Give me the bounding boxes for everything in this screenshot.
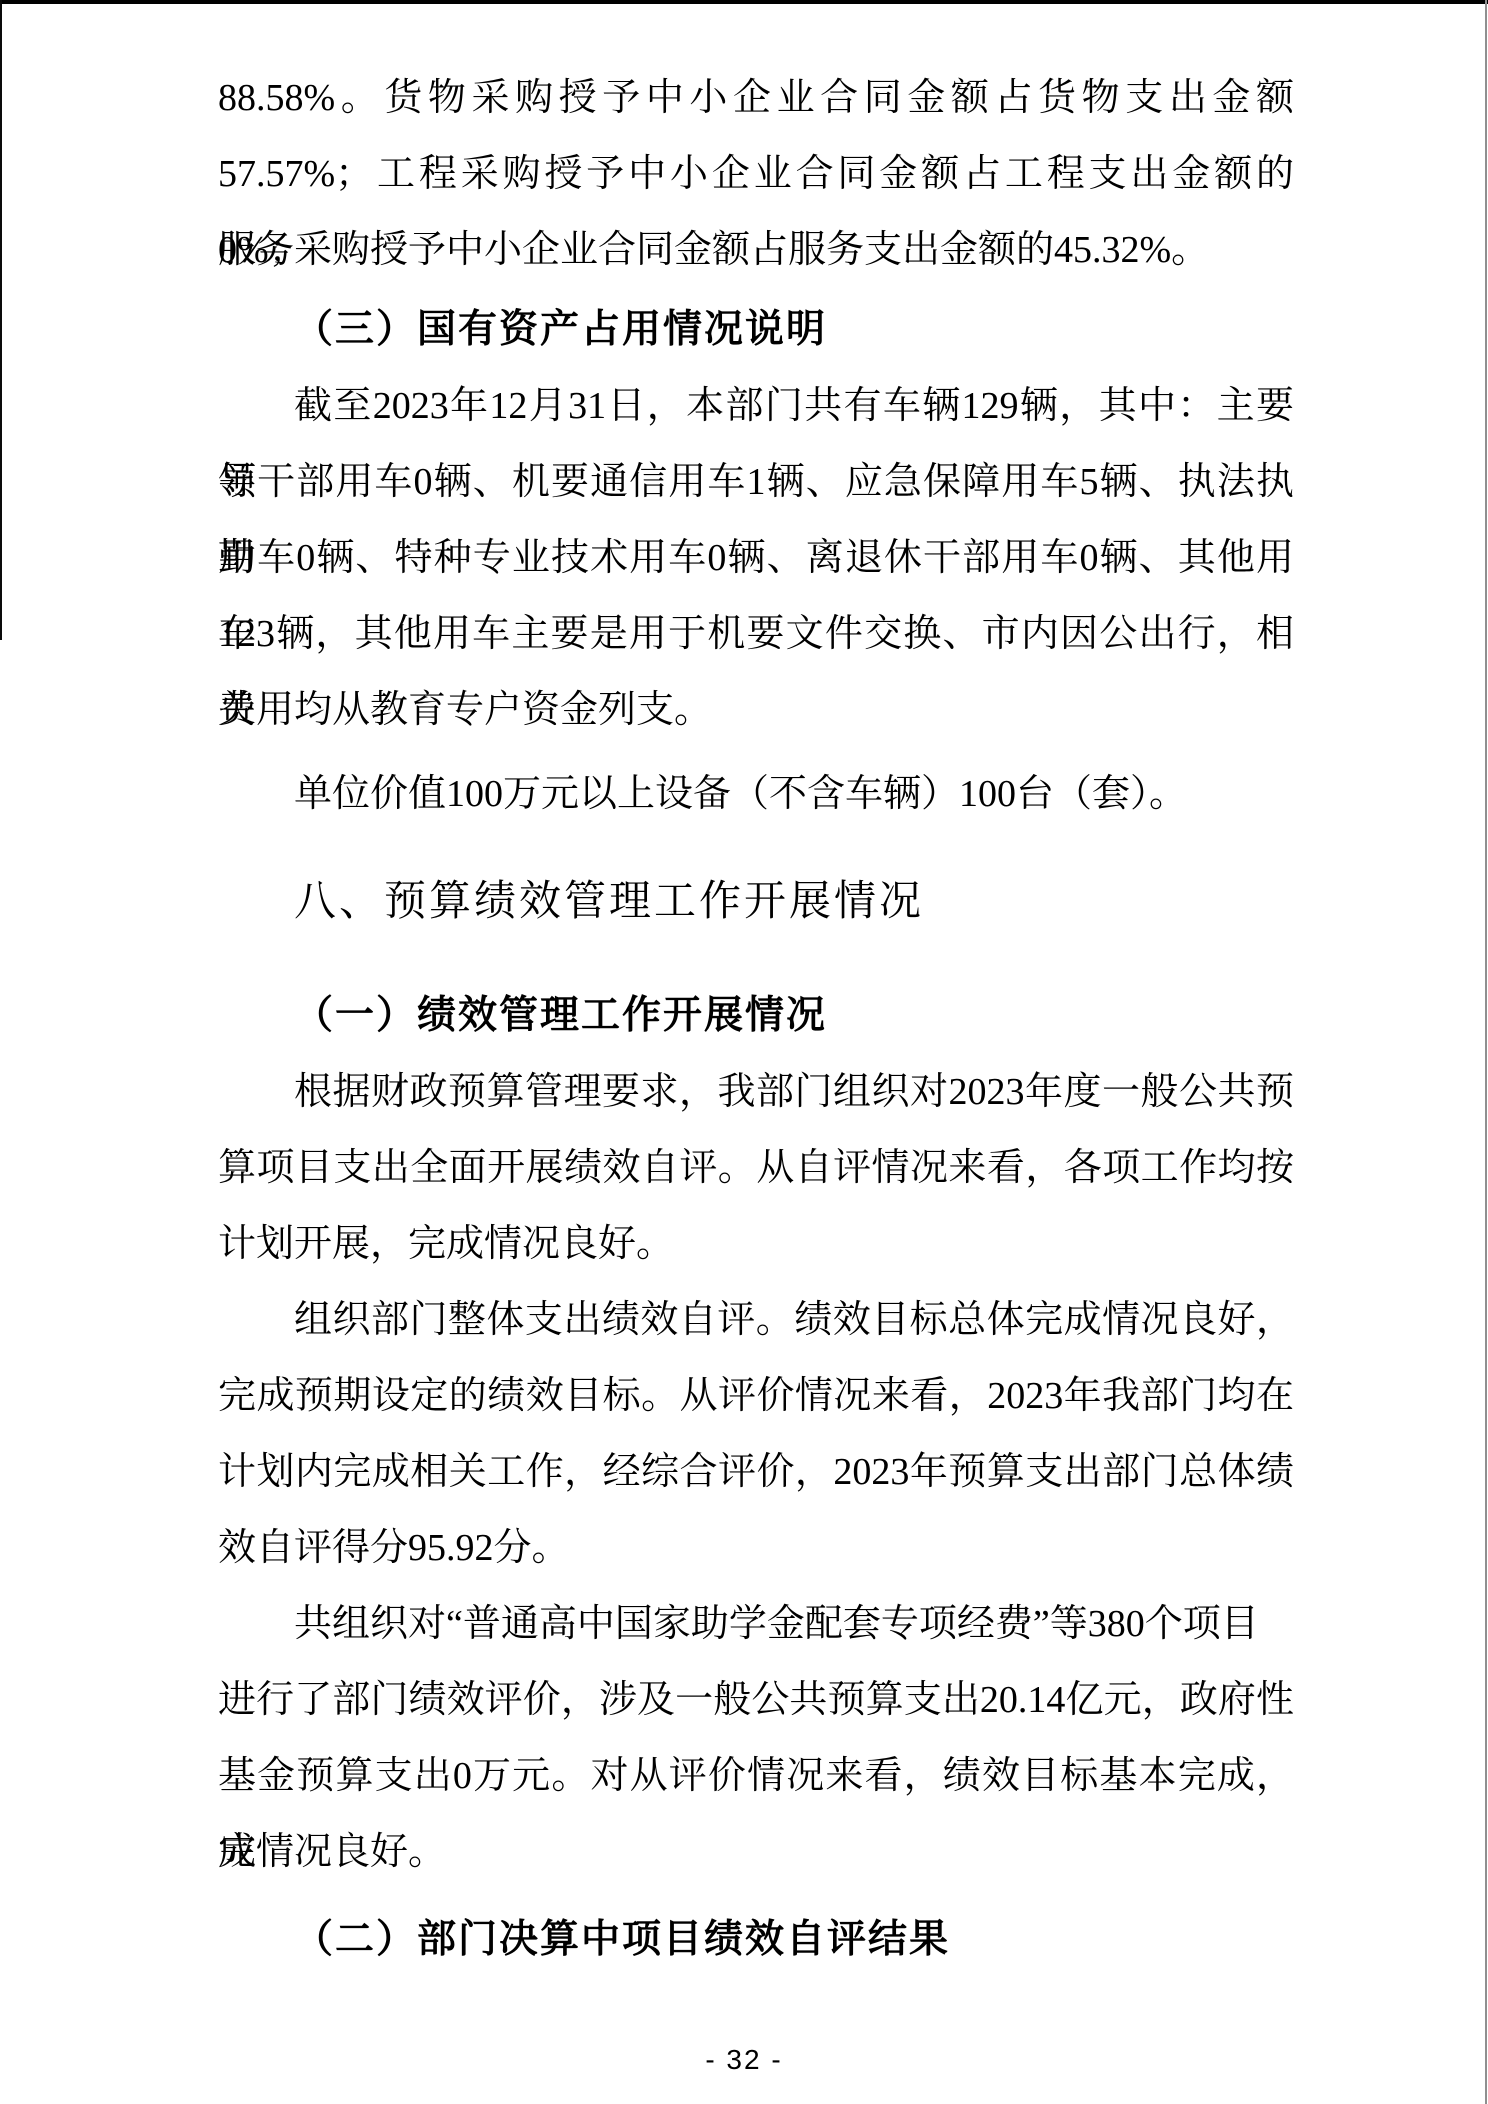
scan-right-edge-line (1485, 0, 1487, 2104)
text-line: 用车0辆、特种专业技术用车0辆、离退休干部用车0辆、其他用车 (218, 520, 1294, 596)
text-line: 基金预算支出0万元。对从评价情况来看，绩效目标基本完成，完 (218, 1738, 1294, 1814)
section-heading-3: （三）国有资产占用情况说明 (218, 292, 1294, 368)
text-line: 截至2023年12月31日，本部门共有车辆129辆，其中：主要领 (218, 368, 1294, 444)
text-line: 服务采购授予中小企业合同金额占服务支出金额的45.32%。 (218, 212, 1294, 288)
text-line: 成情况良好。 (218, 1814, 1294, 1890)
text-line: 单位价值100万元以上设备（不含车辆）100台（套）。 (218, 756, 1294, 832)
text-line: 57.57%；工程采购授予中小企业合同金额占工程支出金额的0%； (218, 136, 1294, 212)
text-line: 88.58%。货物采购授予中小企业合同金额占货物支出金额 (218, 60, 1294, 136)
text-line: 算项目支出全面开展绩效自评。从自评情况来看，各项工作均按 (218, 1130, 1294, 1206)
text-line: 进行了部门绩效评价，涉及一般公共预算支出20.14亿元，政府性 (218, 1662, 1294, 1738)
section-heading-2: （二）部门决算中项目绩效自评结果 (218, 1902, 1294, 1978)
page-number: - 32 - (0, 2040, 1488, 2080)
text-line: 完成预期设定的绩效目标。从评价情况来看，2023年我部门均在 (218, 1358, 1294, 1434)
text-line: 效自评得分95.92分。 (218, 1510, 1294, 1586)
document-body: 88.58%。货物采购授予中小企业合同金额占货物支出金额 57.57%；工程采购… (218, 60, 1294, 1978)
text-line: 根据财政预算管理要求，我部门组织对2023年度一般公共预 (218, 1054, 1294, 1130)
section-heading-1: （一）绩效管理工作开展情况 (218, 978, 1294, 1054)
document-page: 88.58%。货物采购授予中小企业合同金额占货物支出金额 57.57%；工程采购… (0, 0, 1488, 2104)
text-line: 费用均从教育专户资金列支。 (218, 672, 1294, 748)
text-line: 计划开展，完成情况良好。 (218, 1206, 1294, 1282)
text-line: 123辆，其他用车主要是用于机要文件交换、市内因公出行，相关 (218, 596, 1294, 672)
chapter-heading-8: 八、预算绩效管理工作开展情况 (218, 864, 1294, 940)
text-line: 计划内完成相关工作，经综合评价，2023年预算支出部门总体绩 (218, 1434, 1294, 1510)
scan-left-edge-line (0, 0, 2, 640)
scan-top-edge-bar (0, 0, 1488, 4)
text-line: 共组织对“普通高中国家助学金配套专项经费”等380个项目 (218, 1586, 1294, 1662)
text-line: 组织部门整体支出绩效自评。绩效目标总体完成情况良好， (218, 1282, 1294, 1358)
text-line: 导干部用车0辆、机要通信用车1辆、应急保障用车5辆、执法执勤 (218, 444, 1294, 520)
